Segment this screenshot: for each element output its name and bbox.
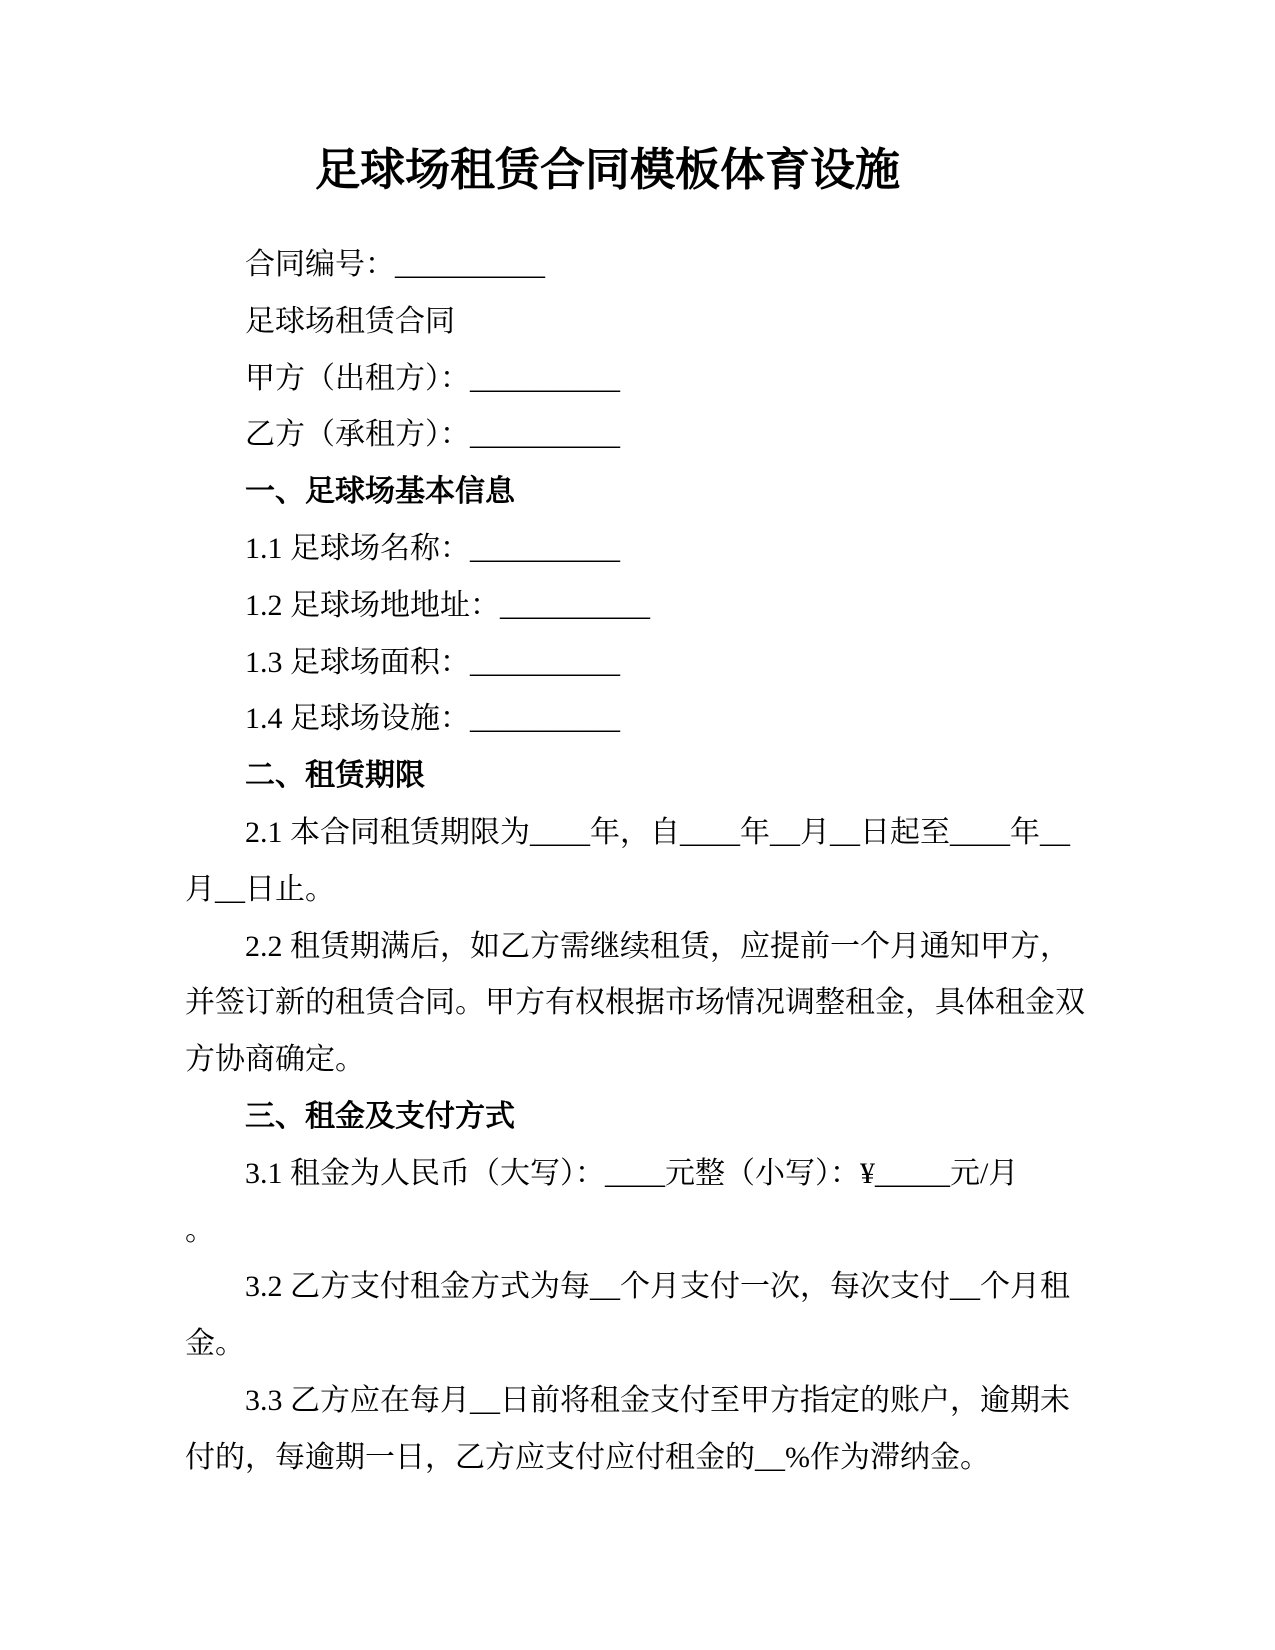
line-clause-3-3: 3.3 乙方应在每月__日前将租金支付至甲方指定的账户，逾期未 — [185, 1373, 1030, 1430]
document-page: 足球场租赁合同模板体育设施 合同编号：__________ 足球场租赁合同 甲方… — [0, 0, 1275, 1650]
line-subtitle: 足球场租赁合同 — [185, 294, 1030, 351]
heading-section-3: 三、租金及支付方式 — [185, 1089, 1030, 1146]
line-party-a: 甲方（出租方）：__________ — [185, 351, 1030, 408]
line-clause-2-1: 2.1 本合同租赁期限为____年，自____年__月__日起至____年__ — [185, 805, 1030, 862]
line-clause-3-1-cont: 。 — [185, 1203, 1030, 1260]
line-clause-2-1-cont: 月__日止。 — [185, 862, 1030, 919]
line-clause-3-3-cont: 付的，每逾期一日，乙方应支付应付租金的__%作为滞纳金。 — [185, 1430, 1030, 1487]
line-clause-3-2: 3.2 乙方支付租金方式为每__个月支付一次，每次支付__个月租 — [185, 1259, 1030, 1316]
line-clause-2-2-cont-2: 方协商确定。 — [185, 1032, 1030, 1089]
line-party-b: 乙方（承租方）：__________ — [185, 407, 1030, 464]
line-clause-1-4: 1.4 足球场设施：__________ — [185, 691, 1030, 748]
line-clause-3-2-cont: 金。 — [185, 1316, 1030, 1373]
heading-section-1: 一、足球场基本信息 — [185, 464, 1030, 521]
line-clause-1-3: 1.3 足球场面积：__________ — [185, 635, 1030, 692]
line-clause-3-1: 3.1 租金为人民币（大写）：____元整（小写）：¥_____元/月 — [185, 1146, 1030, 1203]
line-clause-2-2: 2.2 租赁期满后，如乙方需继续租赁，应提前一个月通知甲方， — [185, 919, 1030, 976]
heading-section-2: 二、租赁期限 — [185, 748, 1030, 805]
line-clause-1-1: 1.1 足球场名称：__________ — [185, 521, 1030, 578]
document-title: 足球场租赁合同模板体育设施 — [185, 140, 1030, 200]
line-clause-2-2-cont-1: 并签订新的租赁合同。甲方有权根据市场情况调整租金，具体租金双 — [185, 975, 1030, 1032]
line-contract-number: 合同编号：__________ — [185, 237, 1030, 294]
line-clause-1-2: 1.2 足球场地地址：__________ — [185, 578, 1030, 635]
contract-document: 足球场租赁合同模板体育设施 合同编号：__________ 足球场租赁合同 甲方… — [185, 140, 1030, 1487]
